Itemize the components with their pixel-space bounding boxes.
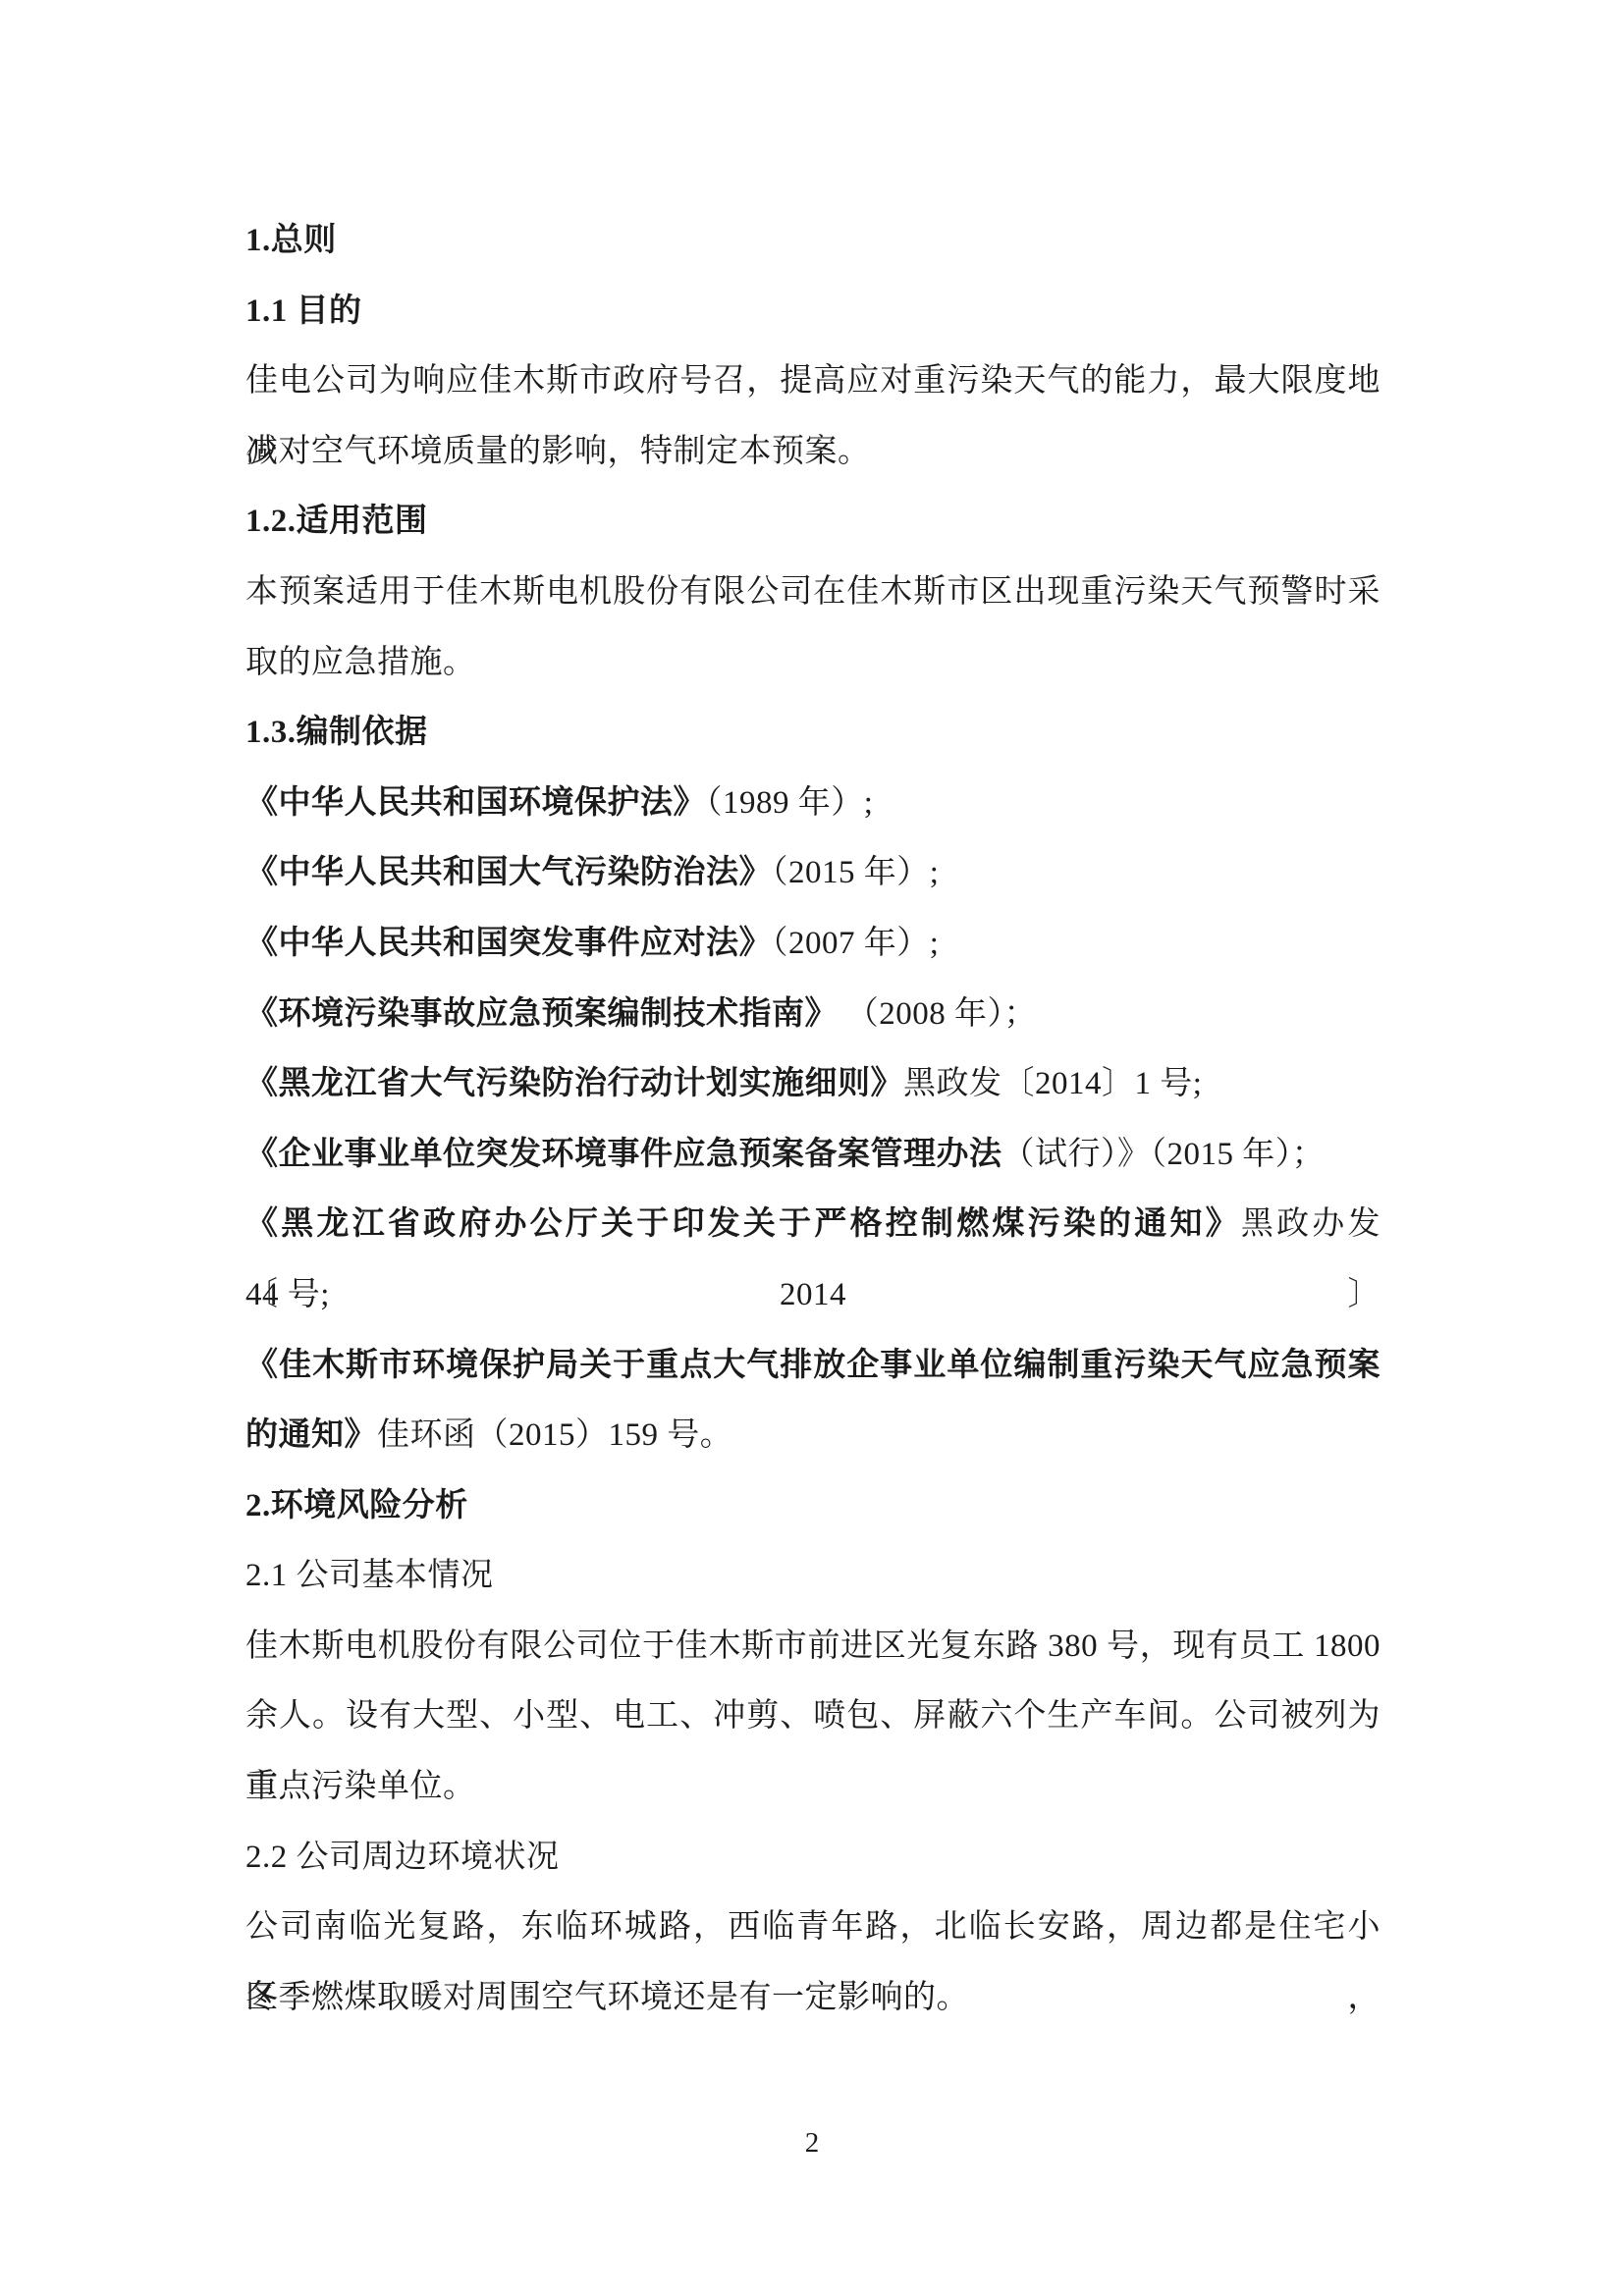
text-line: 《黑龙江省大气污染防治行动计划实施细则》黑政发〔2014〕1 号; (245, 1049, 1380, 1120)
bold-segment: 《环境污染事故应急预案编制技术指南》 (245, 996, 838, 1032)
bold-segment: 《佳木斯市环境保护局关于重点大气排放企事业单位编制重污染天气应急预案 (245, 1348, 1380, 1383)
regular-segment: （2008 年）； (838, 996, 1037, 1032)
text-line: 取的应急措施。 (245, 628, 1380, 699)
regular-segment: 重点污染单位。 (245, 1769, 476, 1804)
regular-segment: 佳木斯电机股份有限公司位于佳木斯市前进区光复东路 380 号，现有员工 1800 (245, 1629, 1380, 1664)
heading-line: 2.环境风险分析 (245, 1471, 1380, 1542)
regular-segment: 2.2 公司周边环境状况 (245, 1840, 560, 1875)
text-line: 《企业事业单位突发环境事件应急预案备案管理办法（试行）》（2015 年）； (245, 1120, 1380, 1191)
bold-segment: 2.环境风险分析 (245, 1488, 468, 1523)
regular-segment: （2007 年）; (772, 926, 939, 961)
bold-segment: 《黑龙江省政府办公厅关于印发关于严格控制燃煤污染的通知》 (245, 1206, 1241, 1242)
regular-segment: 取的应急措施。 (245, 645, 476, 680)
regular-segment: （试行）》（2015 年）； (1002, 1137, 1326, 1172)
regular-segment: 2.1 公司基本情况 (245, 1558, 494, 1593)
regular-segment: 少对空气环境质量的影响，特制定本预案。 (245, 434, 871, 469)
regular-segment: 佳环函（2015）159 号。 (377, 1417, 732, 1453)
regular-segment: （2015 年）; (772, 855, 939, 890)
text-line: 佳电公司为响应佳木斯市政府号召，提高应对重污染天气的能力，最大限度地减 (245, 347, 1380, 417)
text-line: 《中华人民共和国环境保护法》（1989 年）; (245, 769, 1380, 839)
bold-segment: 《黑龙江省大气污染防治行动计划实施细则》 (245, 1066, 903, 1101)
heading-line: 1.总则 (245, 206, 1380, 277)
bold-segment: 1.2.适用范围 (245, 504, 428, 539)
text-line: 2.1 公司基本情况 (245, 1541, 1380, 1612)
bold-segment: 《中华人民共和国环境保护法》 (245, 785, 706, 821)
regular-segment: 本预案适用于佳木斯电机股份有限公司在佳木斯市区出现重污染天气预警时采 (245, 574, 1380, 610)
text-line: 公司南临光复路，东临环城路，西临青年路，北临长安路，周边都是住宅小区， (245, 1893, 1380, 1963)
text-line: 少对空气环境质量的影响，特制定本预案。 (245, 417, 1380, 488)
bold-segment: 1.总则 (245, 223, 337, 258)
bold-segment: 的通知》 (245, 1417, 377, 1453)
text-line: 佳木斯电机股份有限公司位于佳木斯市前进区光复东路 380 号，现有员工 1800 (245, 1612, 1380, 1682)
text-line: 2.2 公司周边环境状况 (245, 1823, 1380, 1894)
text-line: 《黑龙江省政府办公厅关于印发关于严格控制燃煤污染的通知》黑政办发〔2014〕 (245, 1190, 1380, 1260)
document-page: 1.总则1.1 目的佳电公司为响应佳木斯市政府号召，提高应对重污染天气的能力，最… (0, 0, 1624, 2296)
regular-segment: 44 号; (245, 1277, 330, 1312)
text-line: 《中华人民共和国突发事件应对法》（2007 年）; (245, 909, 1380, 980)
regular-segment: 冬季燃煤取暖对周围空气环境还是有一定影响的。 (245, 1980, 969, 2015)
text-line: 《环境污染事故应急预案编制技术指南》 （2008 年）； (245, 980, 1380, 1050)
heading-line: 1.3.编制依据 (245, 698, 1380, 769)
text-line: 《中华人民共和国大气污染防治法》（2015 年）; (245, 838, 1380, 909)
bold-segment: 《中华人民共和国突发事件应对法》 (245, 926, 772, 961)
heading-line: 1.1 目的 (245, 277, 1380, 347)
document-body: 1.总则1.1 目的佳电公司为响应佳木斯市政府号召，提高应对重污染天气的能力，最… (245, 206, 1380, 2033)
regular-segment: 黑政发〔2014〕1 号; (903, 1066, 1202, 1101)
text-line: 的通知》佳环函（2015）159 号。 (245, 1401, 1380, 1471)
text-line: 重点污染单位。 (245, 1752, 1380, 1823)
regular-segment: （1989 年）; (706, 785, 873, 821)
heading-line: 1.2.适用范围 (245, 487, 1380, 558)
text-line: 《佳木斯市环境保护局关于重点大气排放企事业单位编制重污染天气应急预案 (245, 1331, 1380, 1402)
text-line: 本预案适用于佳木斯电机股份有限公司在佳木斯市区出现重污染天气预警时采 (245, 558, 1380, 628)
bold-segment: 《中华人民共和国大气污染防治法》 (245, 855, 772, 890)
text-line: 余人。设有大型、小型、电工、冲剪、喷包、屏蔽六个生产车间。公司被列为市 (245, 1682, 1380, 1752)
bold-segment: 1.1 目的 (245, 294, 362, 329)
bold-segment: 《企业事业单位突发环境事件应急预案备案管理办法 (245, 1137, 1002, 1172)
page-number: 2 (0, 2123, 1624, 2163)
bold-segment: 1.3.编制依据 (245, 715, 428, 750)
